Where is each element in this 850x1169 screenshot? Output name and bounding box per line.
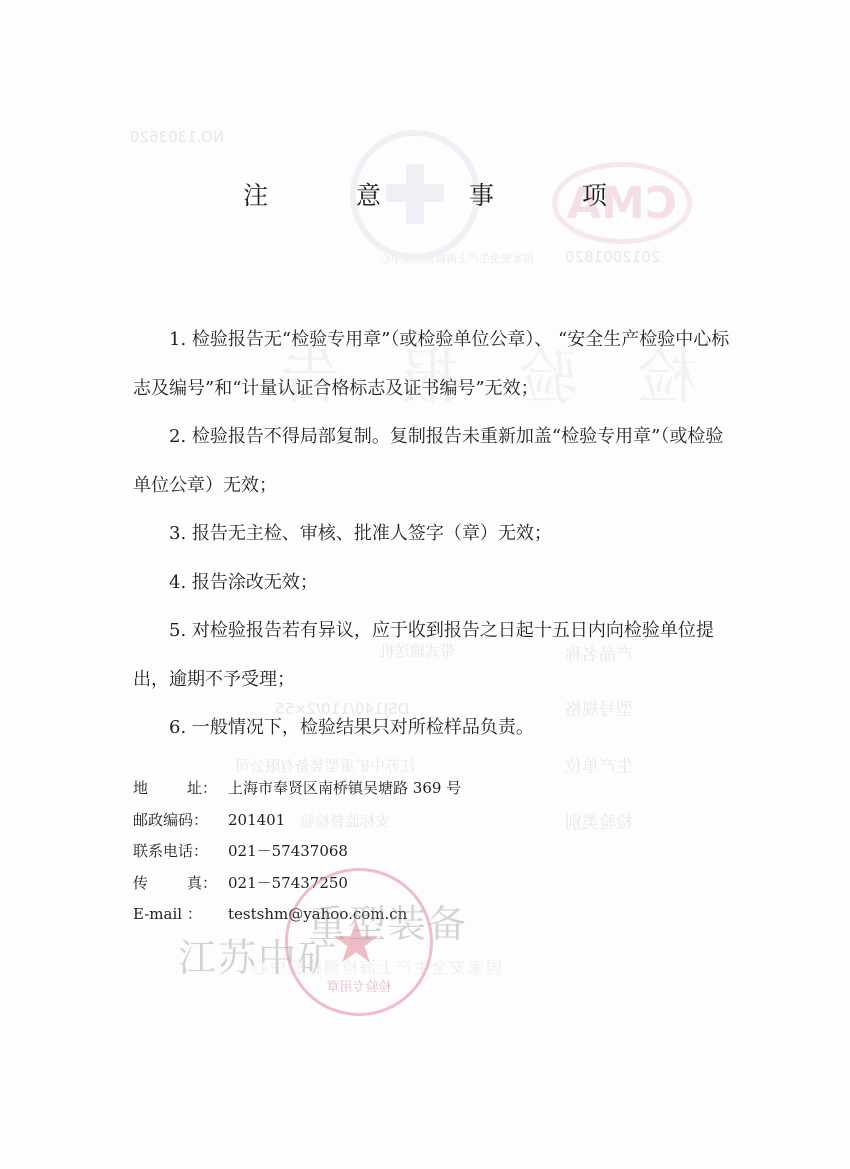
contact-address: 地址： 上海市奉贤区南桥镇吴塘路 369 号 (133, 773, 461, 805)
note-item-2: 2. 检验报告不得局部复制。复制报告未重新加盖“检验专用章”（或检验单位公章）无… (133, 413, 733, 510)
document-page: NO.1303620 2012001820 国家安全生产上海检测检验中心 检 验… (0, 0, 850, 1169)
postcode-label: 邮政编码： (133, 805, 228, 837)
note-item-5: 5. 对检验报告若有异议，应于收到报告之日起十五日内向检验单位提出，逾期不予受理… (133, 607, 733, 704)
contact-postcode: 邮政编码： 201401 (133, 805, 461, 837)
contact-phone: 联系电话： 021－57437068 (133, 836, 461, 868)
watermark-part-2: 重型装备 (308, 893, 468, 948)
phone-value: 021－57437068 (228, 836, 348, 868)
bleed-field-2: 生产单位 (565, 752, 633, 777)
page-title: 注 意 事 项 (0, 176, 850, 212)
watermark: 江苏中矿重型装备 (178, 895, 498, 950)
bleed-cert-number: 2012001820 (565, 248, 660, 266)
note-item-6: 6. 一般情况下，检验结果只对所检样品负责。 (133, 704, 733, 753)
note-item-4: 4. 报告涂改无效； (133, 559, 733, 608)
postcode-value: 201401 (228, 805, 285, 837)
note-item-1: 1. 检验报告无“检验专用章”（或检验单位公章）、 “安全生产检验中心标志及编号… (133, 316, 733, 413)
address-label: 地址： (133, 773, 217, 805)
bleed-serial-number: NO.1303620 (130, 128, 224, 146)
bleed-field-3: 检验类别 (565, 808, 633, 833)
notes-list: 1. 检验报告无“检验专用章”（或检验单位公章）、 “安全生产检验中心标志及编号… (133, 316, 733, 753)
note-item-3: 3. 报告无主检、审核、批准人签字（章）无效； (133, 510, 733, 559)
phone-label: 联系电话： (133, 836, 228, 868)
address-value: 上海市奉贤区南桥镇吴塘路 369 号 (228, 773, 461, 805)
